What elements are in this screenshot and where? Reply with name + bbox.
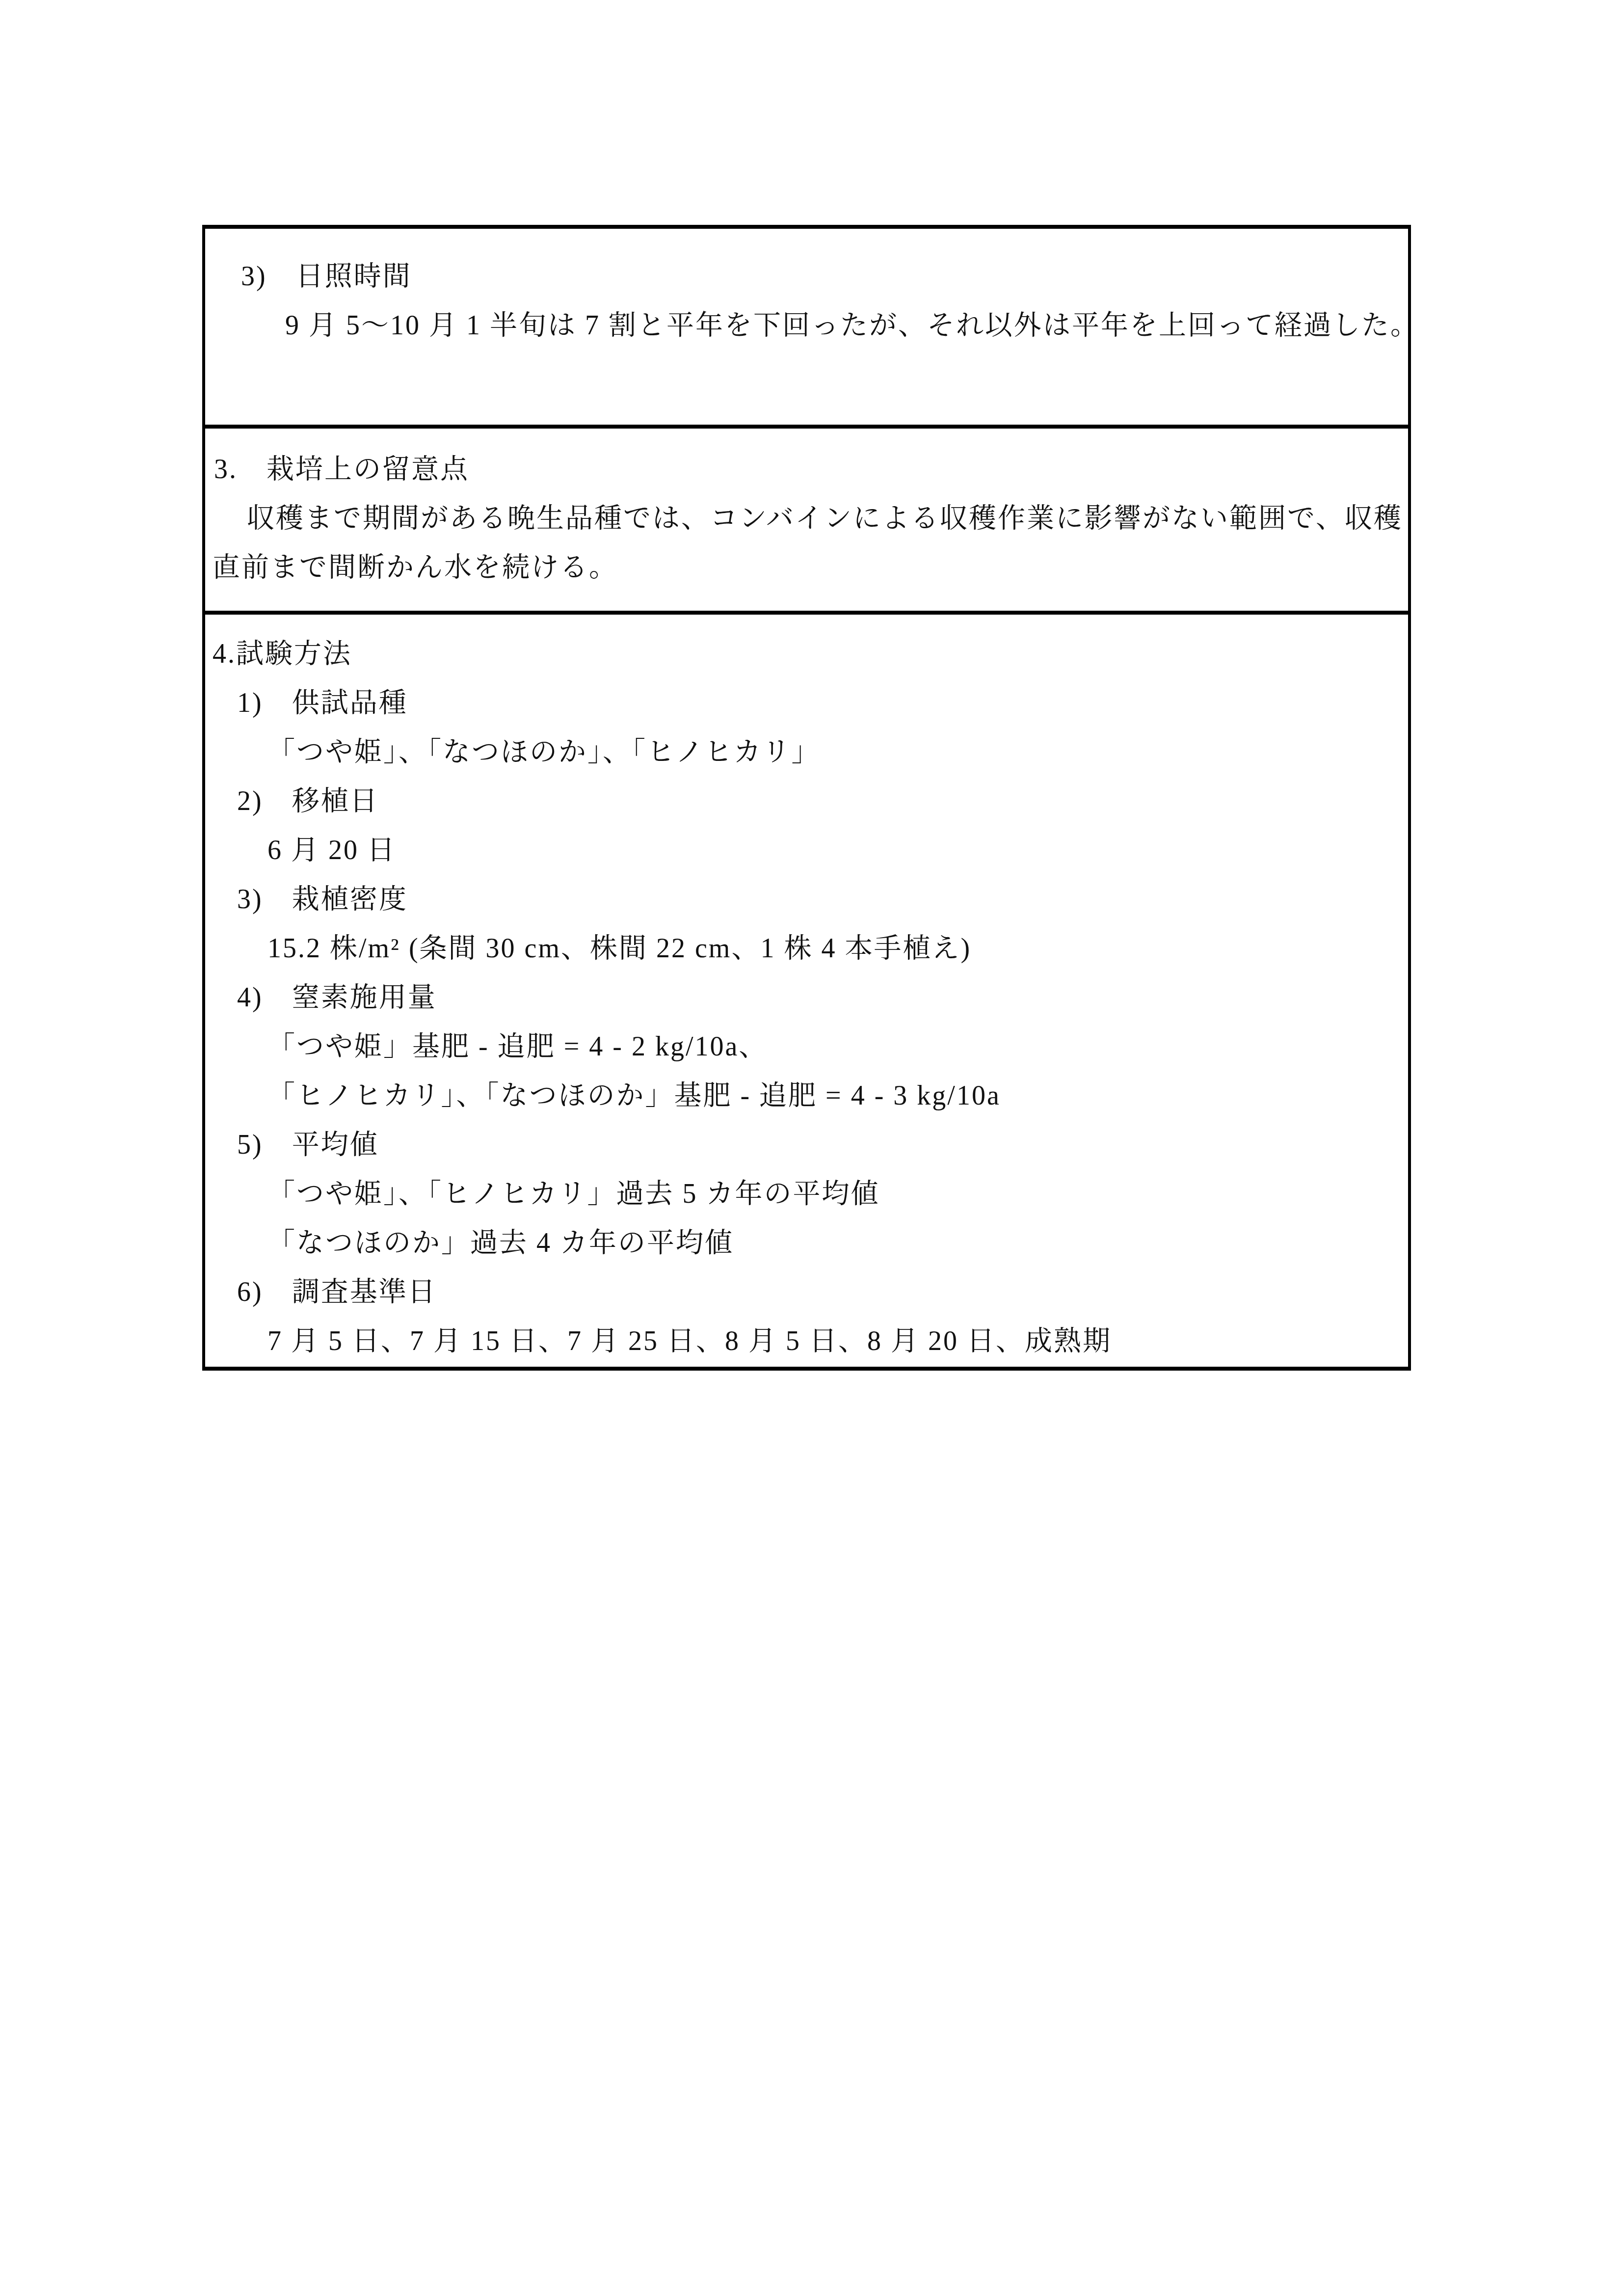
section-sunshine-hours: 3) 日照時間 9 月 5～10 月 1 半旬は 7 割と平年を下回ったが、それ… — [205, 229, 1408, 425]
test-item-6-value: 7 月 5 日、7 月 15 日、7 月 25 日、8 月 5 日、8 月 20… — [205, 1317, 1408, 1366]
document-page: 3) 日照時間 9 月 5～10 月 1 半旬は 7 割と平年を下回ったが、それ… — [0, 0, 1623, 2296]
test-item-2-heading: 2) 移植日 — [205, 777, 1408, 826]
test-item-4-value-line1: 「つや姫」基肥 - 追肥 = 4 - 2 kg/10a、 — [205, 1022, 1408, 1071]
test-item-1-heading: 1) 供試品種 — [205, 678, 1408, 728]
test-item-4-value-line2: 「ヒノヒカリ」、「なつほのか」基肥 - 追肥 = 4 - 3 kg/10a — [205, 1071, 1408, 1120]
test-item-2-value: 6 月 20 日 — [205, 826, 1408, 875]
test-item-3-heading: 3) 栽植密度 — [205, 875, 1408, 924]
test-methods-heading: 4.試験方法 — [205, 629, 1408, 678]
test-item-3-value: 15.2 株/m² (条間 30 cm、株間 22 cm、1 株 4 本手植え) — [205, 924, 1408, 973]
section-test-methods: 4.試験方法 1) 供試品種 「つや姫」、「なつほのか」、「ヒノヒカリ」 2) … — [205, 611, 1408, 1367]
test-item-4-heading: 4) 窒素施用量 — [205, 973, 1408, 1022]
cultivation-notes-body-line2: 直前まで間断かん水を続ける。 — [205, 543, 1408, 592]
test-item-1-value: 「つや姫」、「なつほのか」、「ヒノヒカリ」 — [205, 728, 1408, 777]
test-item-5-value-line2: 「なつほのか」過去 4 カ年の平均値 — [205, 1218, 1408, 1268]
sunshine-hours-heading: 3) 日照時間 — [205, 252, 1408, 301]
cultivation-notes-body-line1: 収穫まで期間がある晩生品種では、コンバインによる収穫作業に影響がない範囲で、収穫 — [205, 494, 1408, 543]
test-item-6-heading: 6) 調査基準日 — [205, 1268, 1408, 1317]
cultivation-notes-heading: 3. 栽培上の留意点 — [205, 445, 1408, 494]
sunshine-hours-body: 9 月 5～10 月 1 半旬は 7 割と平年を下回ったが、それ以外は平年を上回… — [205, 301, 1408, 350]
test-item-5-value-line1: 「つや姫」、「ヒノヒカリ」過去 5 カ年の平均値 — [205, 1169, 1408, 1218]
test-item-5-heading: 5) 平均値 — [205, 1120, 1408, 1169]
report-table: 3) 日照時間 9 月 5～10 月 1 半旬は 7 割と平年を下回ったが、それ… — [202, 225, 1411, 1371]
section-cultivation-notes: 3. 栽培上の留意点 収穫まで期間がある晩生品種では、コンバインによる収穫作業に… — [205, 425, 1408, 611]
